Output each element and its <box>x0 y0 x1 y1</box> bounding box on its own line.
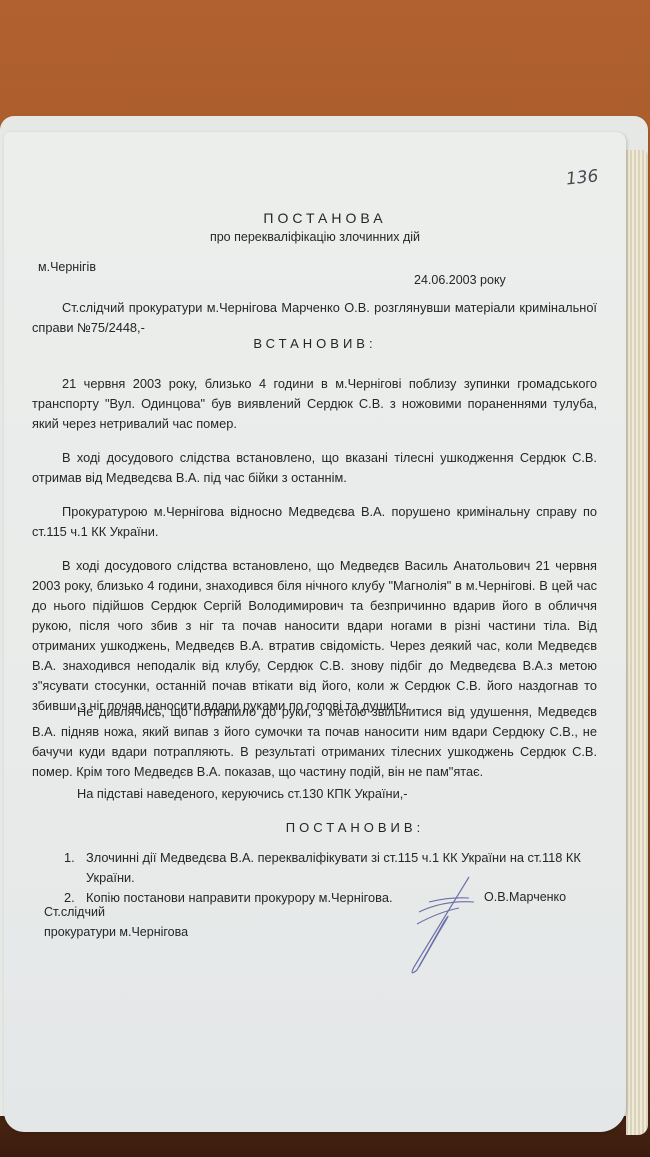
handwritten-signature-icon <box>399 872 499 982</box>
paragraph-3: Прокуратурою м.Чернігова відносно Медвед… <box>32 502 597 542</box>
signatory-role: Ст.слідчий прокуратури м.Чернігова <box>44 902 188 942</box>
established-heading: ВСТАНОВИВ: <box>4 336 626 351</box>
paragraph-2: В ході досудового слідства встановлено, … <box>32 448 597 488</box>
document-subtitle: про перекваліфікацію злочинних дій <box>4 230 626 244</box>
paragraph-4: В ході досудового слідства встановлено, … <box>32 556 597 716</box>
paragraph-5: Не дивлячись, що потрапило до руки, з ме… <box>32 702 597 782</box>
resolved-heading: ПОСТАНОВИВ: <box>4 820 650 835</box>
paragraph-1: 21 червня 2003 року, близько 4 години в … <box>32 374 597 434</box>
page-stack-edge <box>626 150 648 1135</box>
signatory-name: О.В.Марченко <box>484 890 566 904</box>
document-title: ПОСТАНОВА <box>4 210 636 226</box>
resolution-item: 1. Злочинні дії Медведєва В.А. переквалі… <box>64 848 594 888</box>
document-date: 24.06.2003 року <box>414 273 506 287</box>
document-place: м.Чернігів <box>38 260 96 274</box>
folio-number: 136 <box>565 166 599 189</box>
paragraph-6: На підставі наведеного, керуючись ст.130… <box>32 784 597 804</box>
document-page: 136 ПОСТАНОВА про перекваліфікацію злочи… <box>4 132 626 1132</box>
intro-paragraph: Ст.слідчий прокуратури м.Чернігова Марче… <box>32 298 597 338</box>
